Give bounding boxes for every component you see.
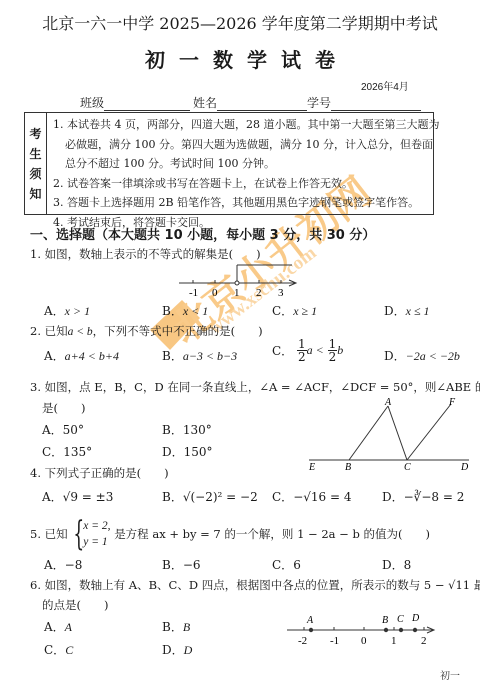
question-1-stem: 1. 如图，数轴上表示的不等式的解集是( ) [30, 246, 261, 262]
notice-body: 1. 本试卷共 4 页，两部分，四道大题，28 道小题。其中第一大题至第三大题为… [53, 115, 439, 232]
q2-option-b[interactable]: B．a−3 < b−3 [162, 347, 237, 364]
question-text: 下列式子正确的是( ) [45, 466, 169, 480]
q3-option-b[interactable]: B．130° [162, 421, 212, 438]
notice-line: 1. 本试卷共 4 页，两部分，四道大题，28 道小题。其中第一大题至第三大题为 [53, 115, 439, 135]
q2-option-d[interactable]: D．−2a < −2b [384, 347, 460, 364]
name-field[interactable]: 姓名 [193, 94, 307, 111]
svg-text:C: C [397, 614, 404, 625]
svg-text:0: 0 [361, 635, 367, 647]
student-id-label: 学号 [307, 96, 331, 110]
q4-option-a[interactable]: A．√9 = ±3 [42, 488, 113, 505]
svg-text:A: A [306, 615, 314, 626]
student-id-field[interactable]: 学号 [307, 94, 421, 111]
question-text: 如图，数轴上有 A、B、C、D 四点，根据图中各点的位置，所表示的数与 5 − … [45, 578, 480, 592]
q2-option-a[interactable]: A．a+4 < b+4 [44, 347, 119, 364]
q2-option-c[interactable]: C． 12a < 12b [272, 338, 343, 363]
question-number: 5. [30, 527, 41, 541]
q6-number-line-figure: A B C D -2 -1 0 1 2 [285, 608, 440, 650]
notice-label: 考 生 须 知 [25, 113, 47, 214]
exam-subtitle: 初一数学试卷 [0, 44, 480, 73]
svg-text:D: D [411, 613, 420, 624]
fraction-half: 12 [328, 338, 338, 363]
question-5-stem: 5. 已知{x = 2,y = 1 是方程 ax + by = 7 的一个解，则… [30, 517, 430, 551]
question-3-stem-line2: 是( ) [42, 400, 85, 416]
page-footer-label: 初一 [440, 667, 460, 682]
q1-option-d[interactable]: D．x ≤ 1 [384, 302, 430, 319]
svg-text:0: 0 [212, 287, 218, 299]
q1-number-line-figure: -1 0 1 2 3 [175, 262, 305, 302]
svg-text:2: 2 [421, 635, 427, 647]
q5-option-a[interactable]: A．−8 [44, 556, 82, 573]
question-number: 3. [30, 380, 41, 394]
notice-label-char: 生 [29, 144, 41, 164]
q1-option-a[interactable]: A．x > 1 [44, 302, 90, 319]
equation-system: x = 2,y = 1 [83, 518, 110, 550]
name-label: 姓名 [193, 96, 217, 110]
q6-option-a[interactable]: A．A [44, 618, 72, 635]
svg-text:E: E [308, 462, 315, 470]
notice-line: 必做题，满分 100 分。第四大题为选做题，满分 10 分，计入总分，但卷面 [53, 135, 439, 155]
name-input[interactable] [217, 98, 307, 111]
q5-option-c[interactable]: C．6 [272, 556, 301, 573]
svg-text:1: 1 [391, 635, 397, 647]
notice-line: 总分不超过 100 分。考试时间 100 分钟。 [53, 154, 439, 174]
q5-option-d[interactable]: D．8 [382, 556, 411, 573]
notice-line: 2. 试卷答案一律填涂或书写在答题卡上，在试卷上作答无效。 [53, 174, 439, 194]
question-math: a < b [68, 326, 93, 338]
question-number: 6. [30, 578, 41, 592]
svg-text:3: 3 [278, 287, 284, 299]
q6-option-c[interactable]: C．C [44, 641, 73, 658]
svg-text:-1: -1 [189, 287, 198, 299]
svg-text:1: 1 [234, 287, 240, 299]
q3-option-d[interactable]: D．150° [162, 443, 213, 460]
q1-option-b[interactable]: B．x < 1 [162, 302, 208, 319]
question-text: ，下列不等式中不正确的是( ) [93, 324, 263, 338]
question-2-stem: 2. 已知a < b，下列不等式中不正确的是( ) [30, 323, 263, 339]
question-6-stem-line2: 的点是( ) [42, 597, 108, 613]
exam-title: 北京一六一中学 2025—2026 学年度第二学期期中考试 [0, 11, 480, 34]
svg-text:F: F [448, 398, 456, 408]
question-4-stem: 4. 下列式子正确的是( ) [30, 465, 169, 481]
question-6-stem-line1: 6. 如图，数轴上有 A、B、C、D 四点，根据图中各点的位置，所表示的数与 5… [30, 577, 480, 593]
svg-text:B: B [345, 462, 351, 470]
notice-line: 3. 答题卡上选择题用 2B 铅笔作答，其他题用黑色字迹钢笔或签字笔作答。 [53, 193, 439, 213]
question-text: 如图，点 E，B，C，D 在同一条直线上，∠A = ∠ACF，∠DCF = 50… [45, 380, 480, 394]
svg-text:-1: -1 [330, 635, 339, 647]
q4-option-c[interactable]: C．−√16 = 4 [272, 488, 351, 505]
question-text: 如图，数轴上表示的不等式的解集是( ) [45, 247, 261, 261]
svg-text:D: D [460, 462, 469, 470]
q4-option-b[interactable]: B．√(−2)² = −2 [162, 488, 258, 505]
q4-option-d[interactable]: D．−∛−8 = 2 [382, 488, 464, 505]
q3-geometry-figure: A F E B C D [305, 398, 475, 470]
section-heading: 一、选择题（本大题共 10 小题，每小题 3 分，共 30 分） [30, 224, 375, 243]
q3-option-a[interactable]: A．50° [42, 421, 84, 438]
notice-label-char: 须 [29, 164, 41, 184]
q6-option-d[interactable]: D．D [162, 641, 192, 658]
class-input[interactable] [104, 98, 190, 111]
question-3-stem-line1: 3. 如图，点 E，B，C，D 在同一条直线上，∠A = ∠ACF，∠DCF =… [30, 379, 480, 395]
question-number: 1. [30, 247, 41, 261]
exam-date: 2026年4月 [361, 78, 409, 93]
q1-option-c[interactable]: C．x ≥ 1 [272, 302, 317, 319]
q3-option-c[interactable]: C．135° [42, 443, 92, 460]
notice-label-char: 知 [29, 184, 41, 204]
svg-text:2: 2 [256, 287, 262, 299]
q5-option-b[interactable]: B．−6 [162, 556, 201, 573]
question-text: 是方程 ax + by = 7 的一个解，则 1 − 2a − b 的值为( ) [114, 527, 430, 541]
question-text: 已知 [45, 324, 68, 338]
question-number: 4. [30, 466, 41, 480]
question-text: 已知 [45, 527, 68, 541]
svg-text:A: A [384, 398, 392, 408]
fraction-half: 12 [297, 338, 307, 363]
class-field[interactable]: 班级 [80, 94, 190, 111]
exam-notice-box: 考 生 须 知 1. 本试卷共 4 页，两部分，四道大题，28 道小题。其中第一… [24, 112, 434, 215]
student-id-input[interactable] [331, 98, 421, 111]
question-number: 2. [30, 324, 41, 338]
svg-text:-2: -2 [298, 635, 307, 647]
class-label: 班级 [80, 96, 104, 110]
svg-text:B: B [382, 615, 388, 626]
notice-label-char: 考 [29, 124, 41, 144]
svg-text:C: C [404, 462, 411, 470]
brace-symbol: { [73, 517, 84, 551]
q6-option-b[interactable]: B．B [162, 618, 190, 635]
